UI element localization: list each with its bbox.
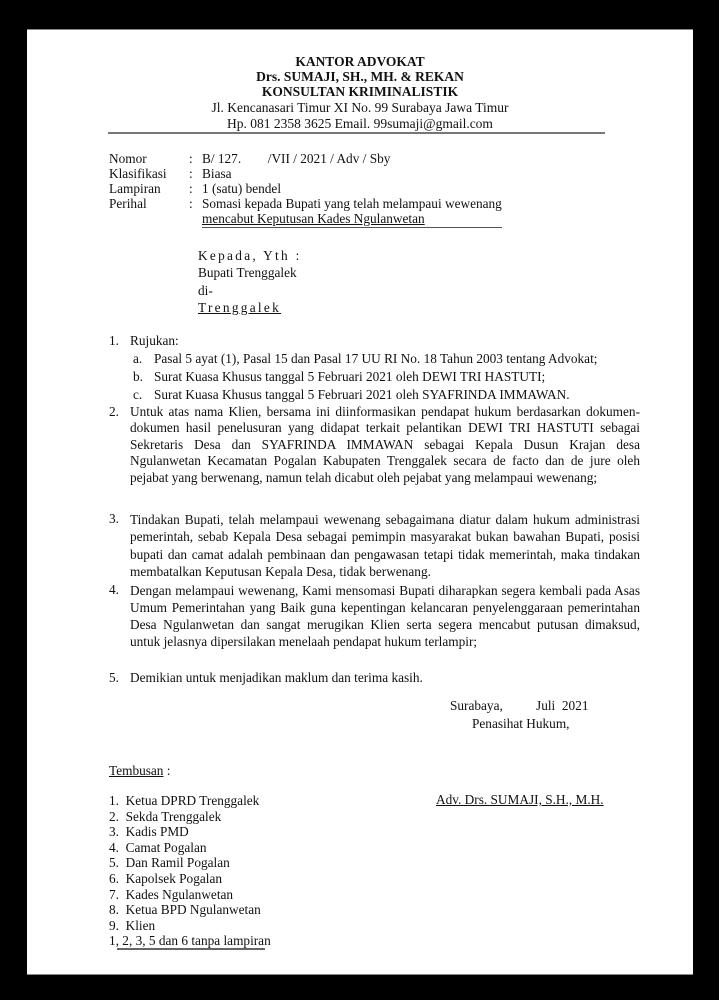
sub-label: b. xyxy=(133,369,143,385)
signature-name: Adv. Drs. SUMAJI, S.H., M.H. xyxy=(436,792,604,808)
sub-text: Pasal 5 ayat (1), Pasal 15 dan Pasal 17 … xyxy=(154,351,597,367)
signature-role: Penasihat Hukum, xyxy=(472,716,570,732)
recipient-place: Trenggalek xyxy=(198,300,281,316)
sub-text: Surat Kuasa Khusus tanggal 5 Februari 20… xyxy=(154,369,545,385)
item-text: Tindakan Bupati, telah melampaui wewenan… xyxy=(130,511,640,580)
perihal-underline xyxy=(202,227,502,228)
cc-title-text: Tembusan xyxy=(109,763,163,778)
cc-item: 3. Kadis PMD xyxy=(109,824,189,840)
item-number: 4. xyxy=(109,582,119,598)
meta-value-cont: mencabut Keputusan Kades Ngulanwetan xyxy=(202,211,425,226)
meta-colon: : xyxy=(189,166,193,181)
meta-value: Biasa xyxy=(202,166,232,181)
item-number: 1. xyxy=(109,333,119,349)
cc-item: 5. Dan Ramil Pogalan xyxy=(109,855,230,871)
cc-title-colon: : xyxy=(163,763,170,778)
signature-place-date: Surabaya, Juli 2021 xyxy=(450,698,589,714)
letterhead-subtitle: KONSULTAN KRIMINALISTIK xyxy=(27,84,693,99)
cc-item: 1. Ketua DPRD Trenggalek xyxy=(109,793,259,809)
cc-title: Tembusan : xyxy=(109,763,171,779)
item-number: 5. xyxy=(109,670,119,686)
meta-colon: : xyxy=(189,151,193,166)
cc-item: 4. Camat Pogalan xyxy=(109,840,207,856)
meta-label: Klasifikasi xyxy=(109,166,167,181)
sub-text: Surat Kuasa Khusus tanggal 5 Februari 20… xyxy=(154,387,570,403)
cc-note-underline xyxy=(117,948,265,950)
meta-value: B/ 127. /VII / 2021 / Adv / Sby xyxy=(202,151,390,166)
meta-colon: : xyxy=(189,196,193,211)
letter-page: KANTOR ADVOKAT Drs. SUMAJI, SH., MH. & R… xyxy=(27,29,693,975)
sub-label: c. xyxy=(133,387,142,403)
meta-value: 1 (satu) bendel xyxy=(202,181,281,196)
item-text: Untuk atas nama Klien, bersama ini diinf… xyxy=(130,404,640,486)
meta-label: Nomor xyxy=(109,151,147,166)
letterhead-office: KANTOR ADVOKAT xyxy=(27,54,693,69)
cc-note: 1, 2, 3, 5 dan 6 tanpa lampiran xyxy=(109,933,271,949)
meta-value: Somasi kepada Bupati yang telah melampau… xyxy=(202,196,502,211)
meta-label: Perihal xyxy=(109,196,147,211)
cc-item: 7. Kades Ngulanwetan xyxy=(109,887,233,903)
letterhead-address: Jl. Kencanasari Timur XI No. 99 Surabaya… xyxy=(27,100,693,115)
item-text: Demikian untuk menjadikan maklum dan ter… xyxy=(130,670,423,686)
item-number: 2. xyxy=(109,404,119,420)
meta-label: Lampiran xyxy=(109,181,161,196)
item-number: 3. xyxy=(109,511,119,527)
item-text: Rujukan: xyxy=(130,333,179,349)
letterhead-divider xyxy=(108,132,605,134)
sub-label: a. xyxy=(133,351,142,367)
letterhead-contact: Hp. 081 2358 3625 Email. 99sumaji@gmail.… xyxy=(27,116,693,131)
cc-item: 8. Ketua BPD Ngulanwetan xyxy=(109,902,261,918)
letterhead-firm: Drs. SUMAJI, SH., MH. & REKAN xyxy=(27,69,693,84)
cc-item: 6. Kapolsek Pogalan xyxy=(109,871,222,887)
item-text: Dengan melampaui wewenang, Kami mensomas… xyxy=(130,582,640,650)
recipient-di: di- xyxy=(198,283,213,299)
cc-item: 9. Klien xyxy=(109,918,155,934)
recipient-name: Bupati Trenggalek xyxy=(198,265,297,281)
cc-item: 2. Sekda Trenggalek xyxy=(109,809,221,825)
recipient-greeting: Kepada, Yth : xyxy=(198,248,302,264)
meta-colon: : xyxy=(189,181,193,196)
